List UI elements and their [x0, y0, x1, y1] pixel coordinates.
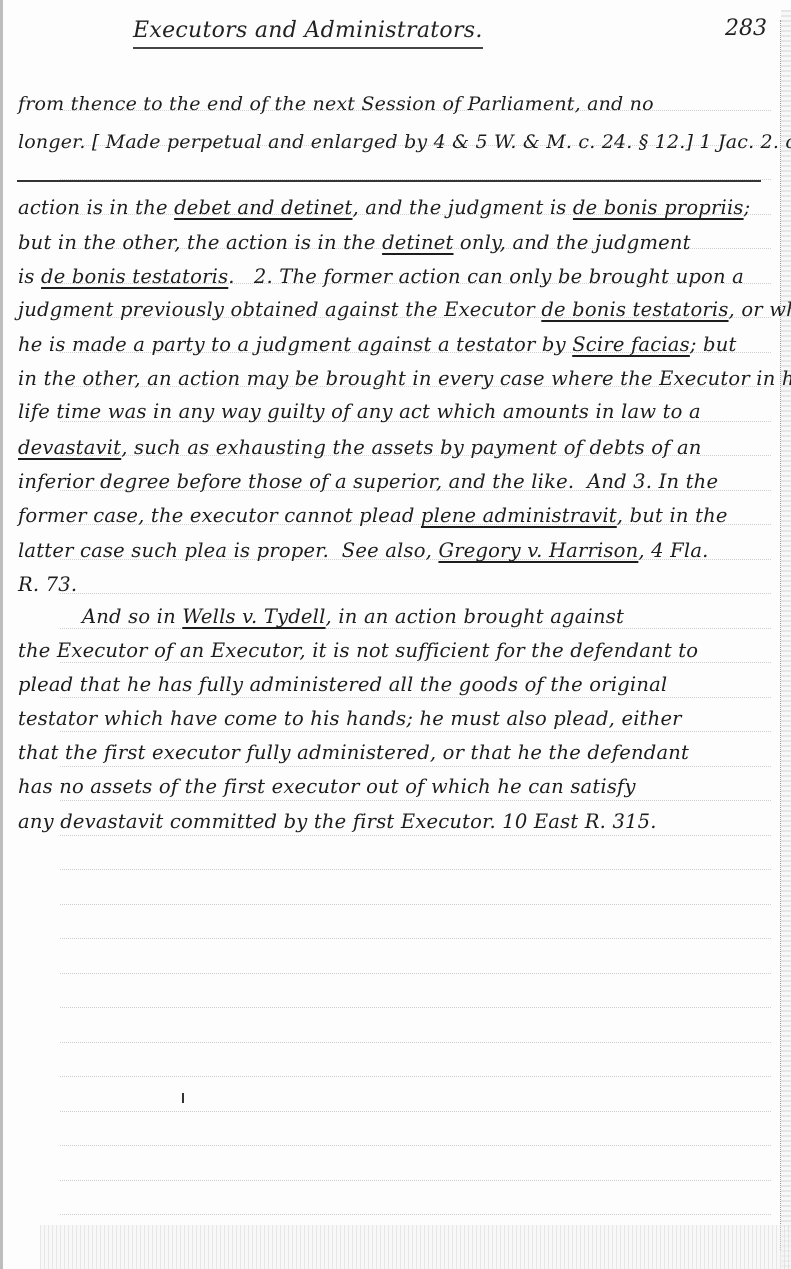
ruled-line — [60, 1180, 771, 1181]
manuscript-line: plead that he has fully administered all… — [18, 673, 667, 696]
line-text: action is in the — [18, 196, 174, 219]
underlined-term: devastavit — [18, 436, 121, 459]
manuscript-line: life time was in any way guilty of any a… — [18, 400, 701, 423]
scan-left-edge — [0, 0, 3, 1269]
underlined-term: Gregory v. Harrison — [438, 539, 638, 562]
ink-mark — [182, 1093, 184, 1103]
line-text: , but in the — [617, 504, 728, 527]
underlined-term: Wells v. Tydell — [182, 605, 325, 628]
line-text: , in an action brought against — [326, 605, 624, 628]
line-text: And so in — [18, 605, 182, 628]
ruled-line — [60, 835, 771, 836]
line-text: the Executor of an Executor, it is not s… — [18, 639, 698, 662]
manuscript-page: Executors and Administrators. 283 from t… — [0, 0, 791, 1269]
ruled-line — [60, 1007, 771, 1008]
scan-bottom-noise — [40, 1225, 791, 1269]
line-text: only, and the judgment — [454, 231, 691, 254]
manuscript-line: that the first executor fully administer… — [18, 741, 689, 764]
ruled-line — [60, 628, 771, 629]
line-text: testator which have come to his hands; h… — [18, 707, 682, 730]
line-text: , and the judgment is — [352, 196, 572, 219]
line-text: former case, the executor cannot plead — [18, 504, 421, 527]
manuscript-line: but in the other, the action is in the d… — [18, 231, 691, 254]
line-text: judgment previously obtained against the… — [18, 298, 541, 321]
ruled-line — [60, 731, 771, 732]
ruled-line — [60, 973, 771, 974]
ruled-line — [60, 800, 771, 801]
manuscript-line: the Executor of an Executor, it is not s… — [18, 639, 698, 662]
underlined-term: detinet — [382, 231, 453, 254]
ruled-line — [60, 697, 771, 698]
line-text: is — [18, 265, 41, 288]
underlined-term: de bonis testatoris — [41, 265, 228, 288]
ruled-line — [60, 1145, 771, 1146]
ruled-line — [60, 938, 771, 939]
underlined-term: de bonis testatoris — [541, 298, 728, 321]
line-text: any devastavit committed by the first Ex… — [18, 810, 657, 833]
continuation-note-line: longer. [ Made perpetual and enlarged by… — [18, 131, 791, 153]
right-margin-rule — [780, 20, 783, 1250]
manuscript-line: has no assets of the first executor out … — [18, 775, 636, 798]
underlined-term: Scire facias — [572, 333, 690, 356]
underlined-term: debet and detinet — [174, 196, 352, 219]
manuscript-line: action is in the debet and detinet, and … — [18, 196, 750, 219]
ruled-line — [60, 662, 771, 663]
ruled-line — [60, 766, 771, 767]
manuscript-line: he is made a party to a judgment against… — [18, 333, 737, 356]
line-text: has no assets of the first executor out … — [18, 775, 636, 798]
line-text: ; — [744, 196, 751, 219]
line-text: , such as exhausting the assets by payme… — [121, 436, 701, 459]
ruled-line — [60, 1042, 771, 1043]
manuscript-line: inferior degree before those of a superi… — [18, 470, 718, 493]
line-text: he is made a party to a judgment against… — [18, 333, 572, 356]
ruled-line — [60, 1111, 771, 1112]
page-number: 283 — [725, 16, 767, 41]
ruled-line — [60, 593, 771, 594]
manuscript-line: latter case such plea is proper. See als… — [18, 539, 709, 562]
line-text: latter case such plea is proper. See als… — [18, 539, 438, 562]
line-text: , 4 Fla. — [638, 539, 708, 562]
manuscript-line: devastavit, such as exhausting the asset… — [18, 436, 702, 459]
underlined-term: plene administravit — [421, 504, 617, 527]
ruled-line — [60, 904, 771, 905]
page-header-title: Executors and Administrators. — [133, 18, 483, 49]
line-text: . 2. The former action can only be broug… — [228, 265, 744, 288]
manuscript-line: former case, the executor cannot plead p… — [18, 504, 728, 527]
manuscript-line: judgment previously obtained against the… — [18, 298, 791, 321]
line-text: in the other, an action may be brought i… — [18, 367, 791, 390]
ruled-line — [60, 869, 771, 870]
line-text: R. 73. — [18, 573, 77, 596]
manuscript-line: in the other, an action may be brought i… — [18, 367, 791, 390]
line-text: plead that he has fully administered all… — [18, 673, 667, 696]
ruled-line — [60, 1076, 771, 1077]
underlined-term: de bonis propriis — [573, 196, 744, 219]
manuscript-line: testator which have come to his hands; h… — [18, 707, 682, 730]
line-text: ; but — [690, 333, 737, 356]
manuscript-line: And so in Wells v. Tydell, in an action … — [18, 605, 624, 628]
line-text: life time was in any way guilty of any a… — [18, 400, 701, 423]
section-divider — [17, 180, 761, 182]
line-text: , or where — [729, 298, 791, 321]
line-text: inferior degree before those of a superi… — [18, 470, 718, 493]
line-text: but in the other, the action is in the — [18, 231, 382, 254]
manuscript-line: is de bonis testatoris. 2. The former ac… — [18, 265, 744, 288]
manuscript-line: any devastavit committed by the first Ex… — [18, 810, 657, 833]
manuscript-line: R. 73. — [18, 573, 77, 596]
line-text: that the first executor fully administer… — [18, 741, 689, 764]
continuation-note-line: from thence to the end of the next Sessi… — [18, 93, 654, 115]
ruled-line — [60, 1214, 771, 1215]
